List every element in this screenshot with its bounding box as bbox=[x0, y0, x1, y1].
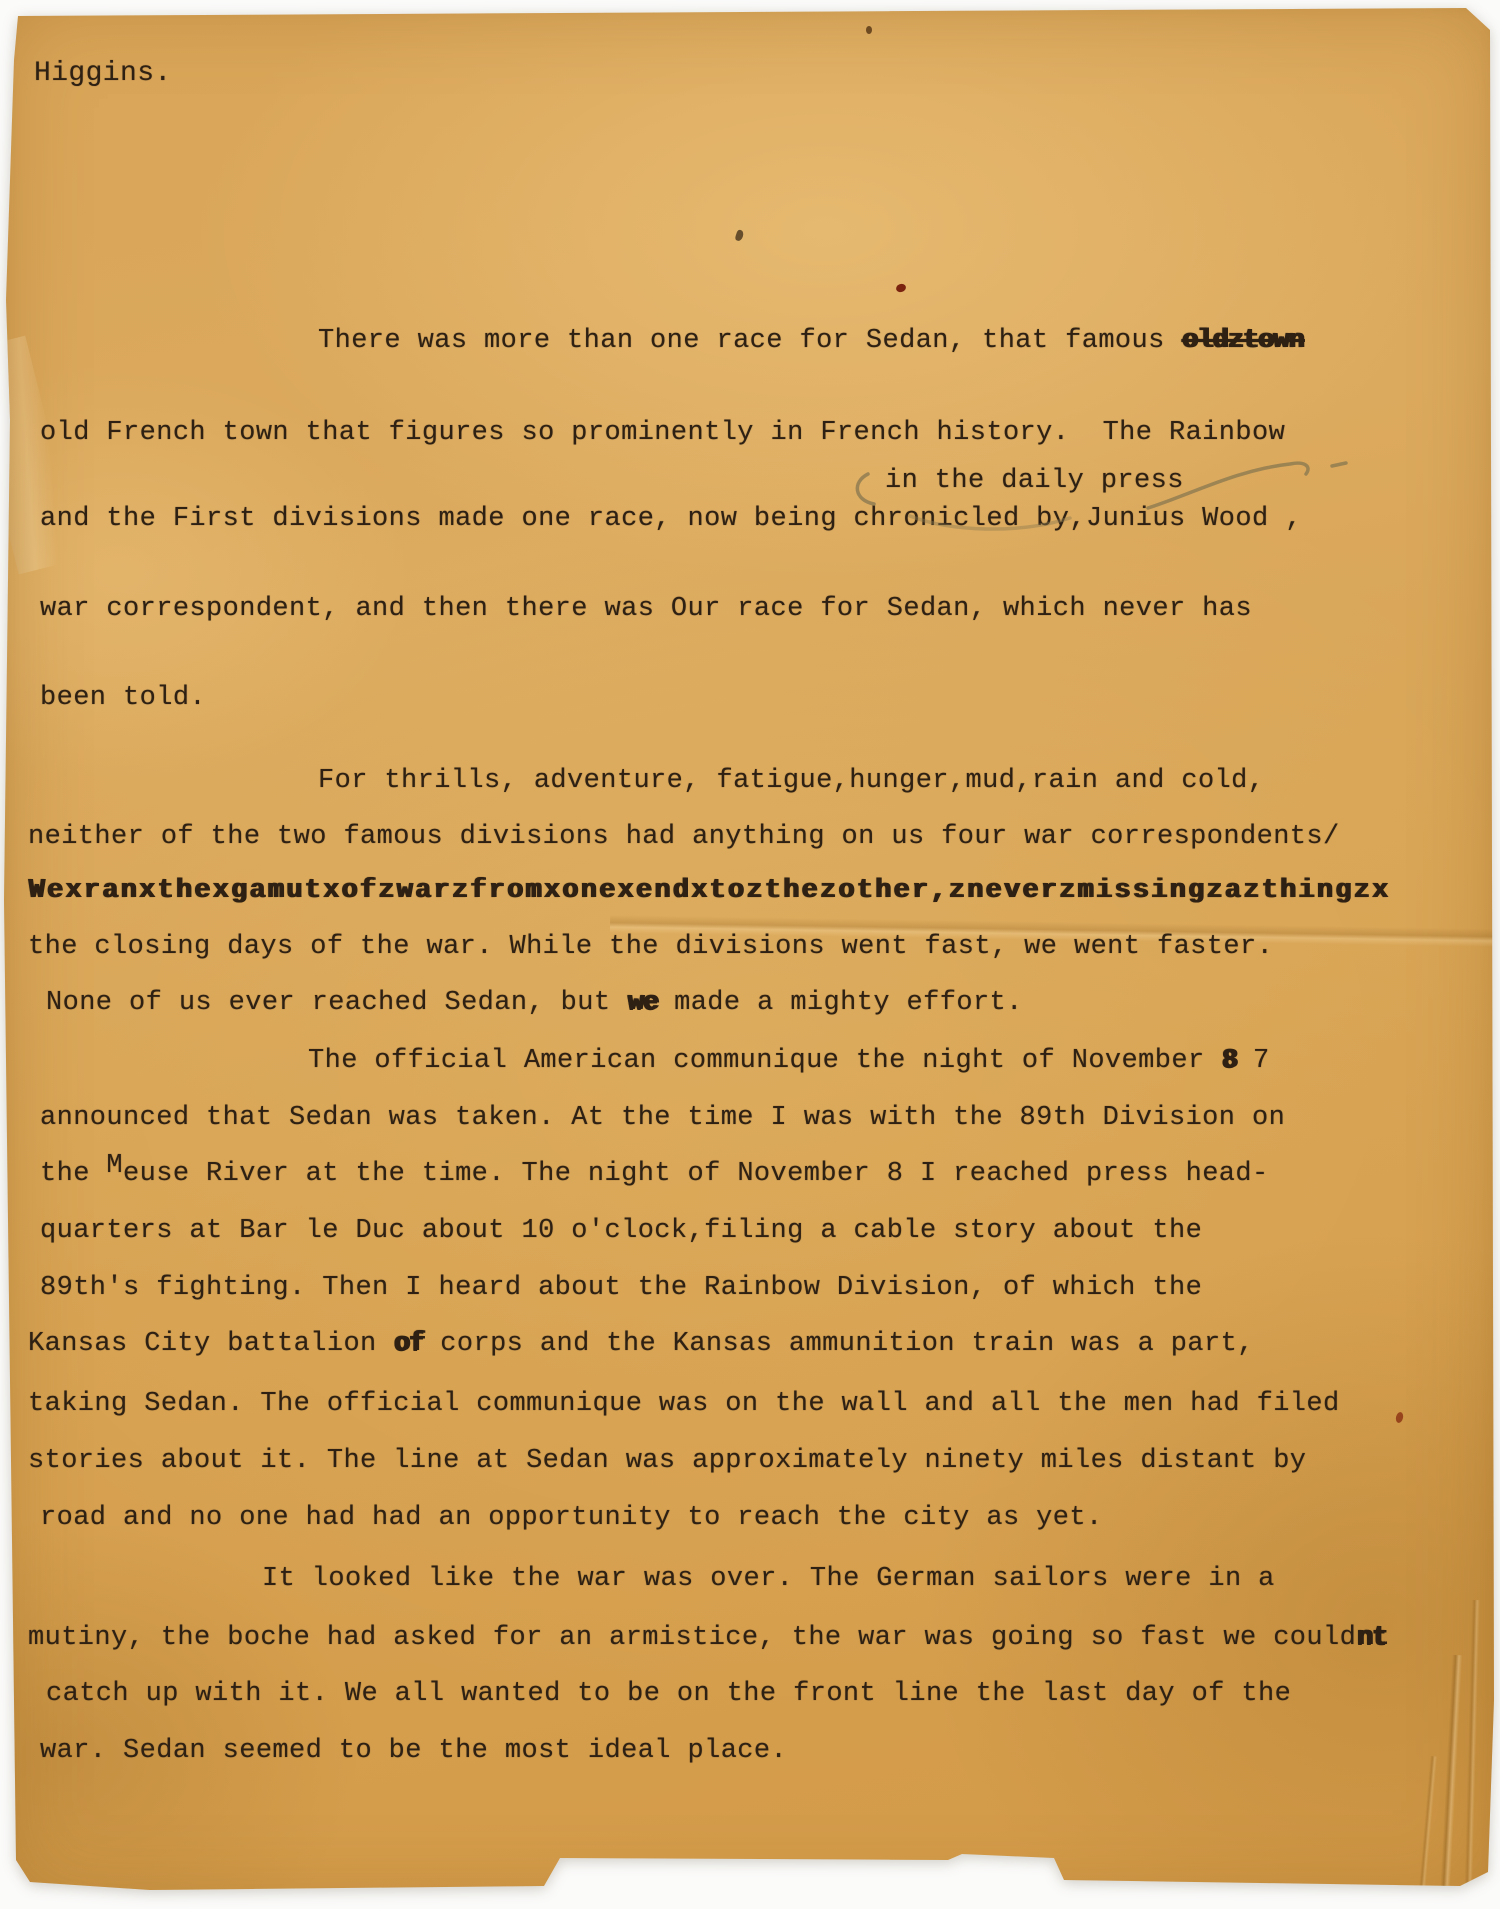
typed-line-12: the Meuse River at the time. The night o… bbox=[40, 1161, 1269, 1188]
typed-line-10: The official American communique the nig… bbox=[308, 1048, 1270, 1075]
typed-text: mutiny, the boche had asked for an armis… bbox=[28, 1623, 1356, 1653]
overtyped-text: we bbox=[627, 988, 657, 1018]
typed-line-1: old French town that figures so prominen… bbox=[40, 420, 1285, 447]
typed-text: It looked like the war was over. The Ger… bbox=[262, 1564, 1275, 1594]
typed-line-5: For thrills, adventure, fatigue,hunger,m… bbox=[318, 768, 1264, 795]
typed-line-6: neither of the two famous divisions had … bbox=[28, 824, 1340, 851]
struck-word: oldztown bbox=[1181, 326, 1303, 356]
typed-text: For thrills, adventure, fatigue,hunger,m… bbox=[318, 766, 1264, 796]
ink-speck bbox=[866, 26, 872, 34]
typed-text: and the First divisions made one race, n… bbox=[40, 504, 1302, 534]
overtyped-text: of bbox=[393, 1329, 423, 1359]
typed-text: old French town that figures so prominen… bbox=[40, 418, 1285, 448]
typed-text: None of us ever reached Sedan, but bbox=[46, 988, 627, 1018]
struck-out-line-text: Wexranxthexgamutxofzwarzfromxonexendxtoz… bbox=[28, 876, 1390, 906]
typed-line-9: None of us ever reached Sedan, but we ma… bbox=[46, 990, 1023, 1017]
paper-crease bbox=[0, 336, 81, 575]
typed-line-14: 89th's fighting. Then I heard about the … bbox=[40, 1275, 1202, 1302]
typed-text: announced that Sedan was taken. At the t… bbox=[40, 1103, 1285, 1133]
paper-sheet: Higgins. There was more than one race fo… bbox=[0, 0, 1500, 1909]
typed-line-22: war. Sedan seemed to be the most ideal p… bbox=[40, 1738, 787, 1765]
author-annotation-text: Higgins. bbox=[34, 58, 172, 89]
typed-line-18: road and no one had had an opportunity t… bbox=[40, 1505, 1103, 1532]
typed-text: the bbox=[40, 1159, 106, 1189]
typed-line-13: quarters at Bar le Duc about 10 o'clock,… bbox=[40, 1218, 1202, 1245]
overtyped-text: nt bbox=[1356, 1623, 1386, 1653]
typed-text: made a mighty effort. bbox=[658, 988, 1023, 1018]
pencil-caret-icon bbox=[840, 448, 1360, 558]
typed-line-3: war correspondent, and then there was Ou… bbox=[40, 596, 1252, 623]
raised-letter: M bbox=[106, 1153, 123, 1180]
typed-line-17: stories about it. The line at Sedan was … bbox=[28, 1448, 1306, 1475]
interline-insertion: in the daily press bbox=[885, 468, 1184, 495]
typed-line-11: announced that Sedan was taken. At the t… bbox=[40, 1105, 1285, 1132]
author-annotation: Higgins. bbox=[34, 60, 172, 88]
ink-speck bbox=[895, 283, 907, 294]
typed-text: neither of the two famous divisions had … bbox=[28, 822, 1340, 852]
overtyped-text: 8 bbox=[1221, 1046, 1236, 1076]
paper-crease bbox=[1464, 1600, 1480, 1900]
typed-line-0: There was more than one race for Sedan, … bbox=[318, 328, 1303, 355]
typed-text: 7 bbox=[1236, 1046, 1269, 1076]
ink-speck bbox=[1395, 1411, 1404, 1423]
typed-line-7-struck-out: Wexranxthexgamutxofzwarzfromxonexendxtoz… bbox=[28, 878, 1390, 905]
paper-crease bbox=[1440, 1655, 1463, 1900]
typed-line-20: mutiny, the boche had asked for an armis… bbox=[28, 1625, 1387, 1652]
typed-line-15: Kansas City battalion of corps and the K… bbox=[28, 1331, 1254, 1358]
ink-speck bbox=[734, 229, 744, 242]
paper-crease bbox=[1418, 1756, 1438, 1901]
typed-line-2: and the First divisions made one race, n… bbox=[40, 506, 1302, 533]
typed-text: been told. bbox=[40, 683, 206, 713]
scan-background: Higgins. There was more than one race fo… bbox=[0, 0, 1500, 1909]
typed-text: war correspondent, and then there was Ou… bbox=[40, 594, 1252, 624]
typed-text: road and no one had had an opportunity t… bbox=[40, 1503, 1103, 1533]
typed-text: war. Sedan seemed to be the most ideal p… bbox=[40, 1736, 787, 1766]
paper-shadow-wrap: Higgins. There was more than one race fo… bbox=[0, 0, 1500, 1909]
typed-line-21: catch up with it. We all wanted to be on… bbox=[46, 1681, 1291, 1708]
typed-text: euse River at the time. The night of Nov… bbox=[123, 1159, 1269, 1189]
typed-line-16: taking Sedan. The official communique wa… bbox=[28, 1391, 1340, 1418]
typed-text: stories about it. The line at Sedan was … bbox=[28, 1446, 1306, 1476]
typed-line-19: It looked like the war was over. The Ger… bbox=[262, 1566, 1275, 1593]
typed-line-8: the closing days of the war. While the d… bbox=[28, 934, 1273, 961]
typed-text: Kansas City battalion bbox=[28, 1329, 393, 1359]
typed-text: catch up with it. We all wanted to be on… bbox=[46, 1679, 1291, 1709]
typed-line-4: been told. bbox=[40, 685, 206, 712]
typed-text: corps and the Kansas ammunition train wa… bbox=[424, 1329, 1254, 1359]
typed-text: taking Sedan. The official communique wa… bbox=[28, 1389, 1340, 1419]
typed-text: There was more than one race for Sedan, … bbox=[318, 326, 1181, 356]
typed-text: quarters at Bar le Duc about 10 o'clock,… bbox=[40, 1216, 1202, 1246]
typed-text: 89th's fighting. Then I heard about the … bbox=[40, 1273, 1202, 1303]
typed-text: the closing days of the war. While the d… bbox=[28, 932, 1273, 962]
insertion-text: in the daily press bbox=[885, 466, 1184, 496]
typed-text: The official American communique the nig… bbox=[308, 1046, 1221, 1076]
